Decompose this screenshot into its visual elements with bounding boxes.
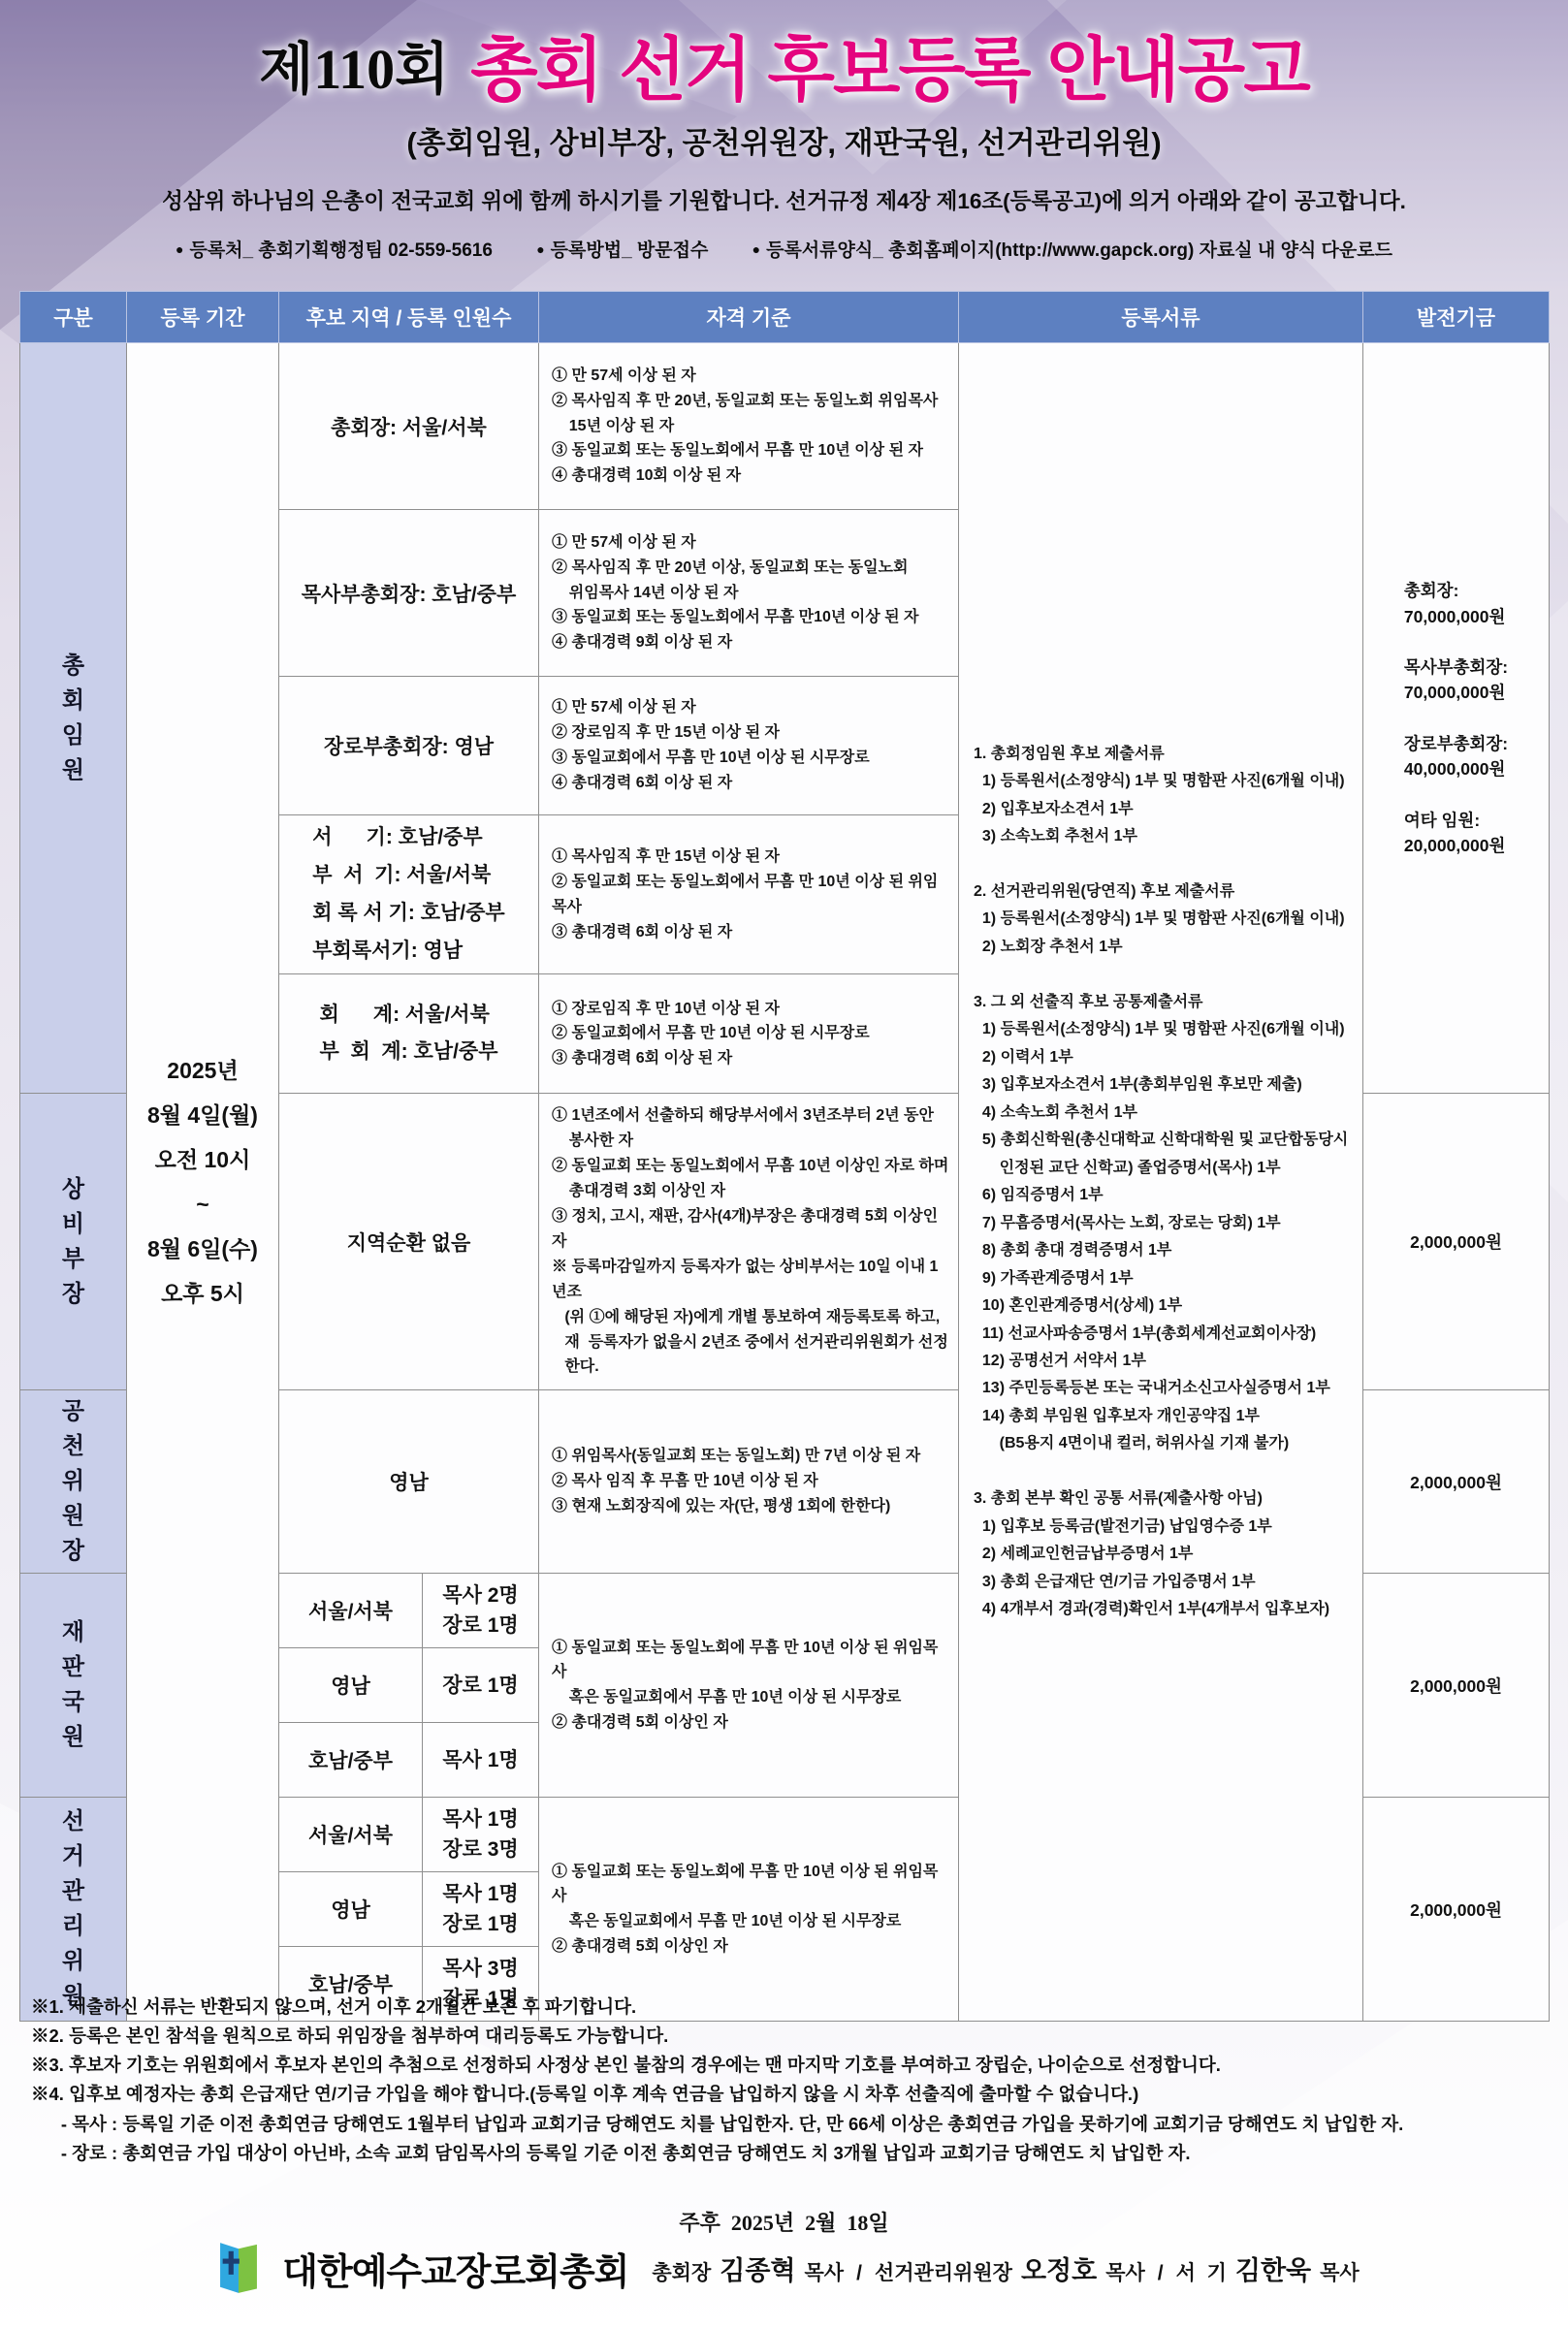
denomination-logo-icon — [208, 2238, 269, 2298]
intro-text: 성삼위 하나님의 은총이 전국교회 위에 함께 하시기를 기원합니다. 선거규정… — [0, 184, 1568, 215]
region-judicial-2: 영남 — [279, 1648, 423, 1723]
footer-organization: 대한예수교장로회총회 총회장 김종혁 목사 / 선거관리위원장 오정호 목사 /… — [0, 2238, 1568, 2298]
fund-standing: 2,000,000원 — [1363, 1094, 1550, 1390]
subtitle: (총회임원, 상비부장, 공천위원장, 재판국원, 선거관리위원) — [0, 118, 1568, 162]
officers-line: 총회장 김종혁 목사 / 선거관리위원장 오정호 목사 / 서 기 김한욱 목사 — [652, 2249, 1359, 2287]
count-judicial-2: 장로 1명 — [423, 1648, 539, 1723]
separator: / — [1158, 2262, 1164, 2285]
region-election-2: 영남 — [279, 1872, 423, 1947]
footnote-2: ※2. 등록은 본인 참석을 원칙으로 하되 위임장을 첨부하여 대리등록도 가… — [31, 2025, 1544, 2047]
count-judicial-1: 목사 2명 장로 1명 — [423, 1574, 539, 1648]
group-nomination-chair: 공 천 위 원 장 — [20, 1390, 127, 1574]
region-judicial-3: 호남/중부 — [279, 1723, 423, 1798]
bullet-icon: ● — [536, 241, 544, 257]
col-header-region: 후보 지역 / 등록 인원수 — [279, 292, 539, 343]
group-standing-chairs: 상 비 부 장 — [20, 1094, 127, 1390]
criteria-judicial: ① 동일교회 또는 동일노회에 무흠 만 10년 이상 된 위임목사 혹은 동일… — [539, 1574, 959, 1798]
col-header-period: 등록 기간 — [127, 292, 279, 343]
region-election-1: 서울/서북 — [279, 1798, 423, 1872]
info-value: 총회홈페이지(http://www.gapck.org) 자료실 내 양식 다운… — [888, 240, 1392, 261]
col-header-category: 구분 — [20, 292, 127, 343]
info-label: 등록서류양식_ — [766, 240, 883, 261]
officer-name: 오정호 — [1021, 2249, 1097, 2287]
info-label: 등록방법_ — [551, 240, 632, 261]
fund-nomination: 2,000,000원 — [1363, 1390, 1550, 1574]
footnote-3: ※3. 후보자 기호는 위원회에서 후보자 본인의 추첨으로 선정하되 사정상 … — [31, 2054, 1544, 2076]
edition-number: 제110회 — [259, 38, 449, 101]
registration-table: 구분 등록 기간 후보 지역 / 등록 인원수 자격 기준 등록서류 발전기금 … — [19, 291, 1550, 2022]
documents-cell: 1. 총회정임원 후보 제출서류 1) 등록원서(소정양식) 1부 및 명함판 … — [959, 343, 1363, 2022]
region-accountants: 회 계: 서울/서북 부 회 계: 호남/중부 — [279, 974, 539, 1094]
officer-suffix: 목사 — [1320, 2257, 1360, 2286]
officer-suffix: 목사 — [1105, 2257, 1145, 2286]
col-header-documents: 등록서류 — [959, 292, 1363, 343]
region-accountants-text: 회 계: 서울/서북 부 회 계: 호남/중부 — [319, 997, 497, 1072]
info-form-download: ●등록서류양식_ 총회홈페이지(http://www.gapck.org) 자료… — [752, 240, 1392, 261]
info-value: 총회기획행정팀 02-559-5616 — [258, 240, 493, 261]
officer-name: 김종혁 — [720, 2249, 795, 2287]
region-elder-vice: 장로부총회장: 영남 — [279, 677, 539, 815]
officer-suffix: 목사 — [805, 2257, 845, 2286]
bullet-icon: ● — [752, 241, 760, 257]
bullet-icon: ● — [176, 241, 183, 257]
region-standing: 지역순환 없음 — [279, 1094, 539, 1390]
region-judicial-1: 서울/서북 — [279, 1574, 423, 1648]
region-secretaries: 서 기: 호남/중부 부 서 기: 서울/서북 회 록 서 기: 호남/중부 부… — [279, 815, 539, 974]
count-judicial-3: 목사 1명 — [423, 1723, 539, 1798]
table-row: 총 회 임 원 2025년 8월 4일(월) 오전 10시 ~ 8월 6일(수)… — [20, 343, 1550, 510]
organization-name: 대한예수교장로회총회 — [282, 2242, 628, 2295]
fund-amounts: 총회장: 70,000,000원 목사부총회장: 70,000,000원 장로부… — [1404, 578, 1508, 858]
footnote-1: ※1. 제출하신 서류는 반환되지 않으며, 선거 이후 2개월간 보존 후 파… — [31, 1995, 1544, 2018]
info-registration-place: ●등록처_ 총회기획행정팀 02-559-5616 — [176, 240, 493, 261]
group-assembly-officers: 총 회 임 원 — [20, 343, 127, 1094]
col-header-fund: 발전기금 — [1363, 292, 1550, 343]
info-label: 등록처_ — [189, 240, 253, 261]
criteria-election: ① 동일교회 또는 동일노회에 무흠 만 10년 이상 된 위임목사 혹은 동일… — [539, 1798, 959, 2022]
footnote-4: ※4. 입후보 예정자는 총회 은급재단 연/기금 가입을 해야 합니다.(등록… — [31, 2083, 1544, 2105]
footnotes: ※1. 제출하신 서류는 반환되지 않으며, 선거 이후 2개월간 보존 후 파… — [31, 1995, 1544, 2171]
table-header-row: 구분 등록 기간 후보 지역 / 등록 인원수 자격 기준 등록서류 발전기금 — [20, 292, 1550, 343]
criteria-standing: ① 1년조에서 선출하되 해당부서에서 3년조부터 2년 동안 봉사한 자 ② … — [539, 1094, 959, 1390]
criteria-nomination: ① 위임목사(동일교회 또는 동일노회) 만 7년 이상 된 자 ② 목사 임직… — [539, 1390, 959, 1574]
criteria-elder-vice: ① 만 57세 이상 된 자 ② 장로임직 후 만 15년 이상 된 자 ③ 동… — [539, 677, 959, 815]
fund-judicial: 2,000,000원 — [1363, 1574, 1550, 1798]
region-pastor-vice: 목사부총회장: 호남/중부 — [279, 510, 539, 677]
announcement-date: 주후 2025년 2월 18일 — [0, 2207, 1568, 2237]
registration-period: 2025년 8월 4일(월) 오전 10시 ~ 8월 6일(수) 오후 5시 — [127, 343, 279, 2022]
fund-election: 2,000,000원 — [1363, 1798, 1550, 2022]
region-moderator: 총회장: 서울/서북 — [279, 343, 539, 510]
col-header-criteria: 자격 기준 — [539, 292, 959, 343]
registration-info-line: ●등록처_ 총회기획행정팀 02-559-5616 ●등록방법_ 방문접수 ●등… — [0, 236, 1568, 262]
criteria-accountants: ① 장로임직 후 만 10년 이상 된 자 ② 동일교회에서 무흠 만 10년 … — [539, 974, 959, 1094]
officer-role: 서 기 — [1176, 2257, 1227, 2286]
region-nomination: 영남 — [279, 1390, 539, 1574]
officer-name: 김한욱 — [1235, 2249, 1311, 2287]
announcement-poster: 제110회총회 선거 후보등록 안내공고 (총회임원, 상비부장, 공천위원장,… — [0, 0, 1568, 2328]
page-title: 제110회총회 선거 후보등록 안내공고 — [0, 14, 1568, 114]
group-election-committee: 선 거 관 리 위 원 — [20, 1798, 127, 2022]
info-value: 방문접수 — [637, 240, 708, 261]
footnote-4-elder: - 장로 : 총회연금 가입 대상이 아닌바, 소속 교회 담임목사의 등록일 … — [31, 2142, 1544, 2164]
group-judicial-members: 재 판 국 원 — [20, 1574, 127, 1798]
criteria-pastor-vice: ① 만 57세 이상 된 자 ② 목사임직 후 만 20년 이상, 동일교회 또… — [539, 510, 959, 677]
separator: / — [856, 2262, 862, 2285]
footnote-4-pastor: - 목사 : 등록일 기준 이전 총회연금 당해연도 1월부터 납입과 교회기금… — [31, 2113, 1544, 2135]
main-title: 총회 선거 후보등록 안내공고 — [470, 32, 1309, 110]
officer-role: 총회장 — [652, 2257, 711, 2286]
criteria-secretaries: ① 목사임직 후 만 15년 이상 된 자 ② 동일교회 또는 동일노회에서 무… — [539, 815, 959, 974]
count-election-1: 목사 1명 장로 3명 — [423, 1798, 539, 1872]
criteria-moderator: ① 만 57세 이상 된 자 ② 목사임직 후 만 20년, 동일교회 또는 동… — [539, 343, 959, 510]
region-secretaries-text: 서 기: 호남/중부 부 서 기: 서울/서북 회 록 서 기: 호남/중부 부… — [312, 819, 504, 970]
officer-role: 선거관리위원장 — [875, 2257, 1012, 2286]
count-election-2: 목사 1명 장로 1명 — [423, 1872, 539, 1947]
info-registration-method: ●등록방법_ 방문접수 — [536, 240, 708, 261]
fund-assembly-officers: 총회장: 70,000,000원 목사부총회장: 70,000,000원 장로부… — [1363, 343, 1550, 1094]
